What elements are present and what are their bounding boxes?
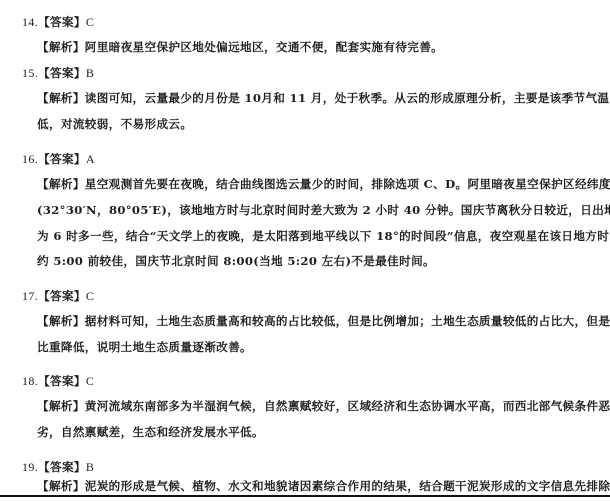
question-18-analysis: 【解析】黄河流域东南部多为半湿润气候，自然禀赋较好，区域经济和生态协调水平高，而… <box>37 399 610 413</box>
analysis-text: 劣，自然禀赋差，生态和经济发展水平低。 <box>37 425 264 439</box>
answer-value: C <box>86 15 94 29</box>
question-number: 19. <box>22 460 38 474</box>
analysis-tag: 【解析】 <box>37 177 85 191</box>
question-17-analysis: 【解析】据材料可知，土地生态质量高和较高的占比较低，但是比例增加；土地生态质量较… <box>37 314 610 328</box>
answer-tag: 【答案】 <box>38 374 86 388</box>
analysis-text: 黄河流域东南部多为半湿润气候，自然禀赋较好，区域经济和生态协调水平高，而西北部气… <box>85 399 610 413</box>
answer-value: A <box>86 152 95 166</box>
answer-tag: 【答案】 <box>38 66 86 80</box>
analysis-text: 约 5:00 前较佳，国庆节北京时间 8:00(当地 5:20 左右)不是最佳时… <box>37 254 435 268</box>
question-15-answer: 15.【答案】B <box>22 66 94 80</box>
answer-tag: 【答案】 <box>38 15 86 29</box>
question-19-answer: 19.【答案】B <box>22 460 94 474</box>
analysis-text: 阿里暗夜星空保护区地处偏远地区，交通不便，配套实施有待完善。 <box>85 40 443 54</box>
analysis-text: 比重降低，说明土地生态质量逐渐改善。 <box>37 340 252 354</box>
question-16-answer: 16.【答案】A <box>22 152 95 166</box>
question-16-analysis-cont-2: 为 6 时多一些，结合“天文学上的夜晚，是太阳落到地平线以下 18°的时间段”信… <box>37 229 609 243</box>
analysis-tag: 【解析】 <box>37 314 85 328</box>
question-number: 15. <box>22 66 38 80</box>
question-16-analysis-cont-1: (32°30′N，80°05′E)，该地地方时与北京时间时差大致为 2 小时 4… <box>37 203 610 217</box>
question-17-analysis-cont: 比重降低，说明土地生态质量逐渐改善。 <box>37 340 252 354</box>
answer-value: C <box>86 374 94 388</box>
bottom-rule-divider <box>0 495 610 497</box>
question-15-analysis-cont: 低，对流较弱，不易形成云。 <box>37 117 192 131</box>
analysis-tag: 【解析】 <box>37 91 85 105</box>
question-number: 18. <box>22 374 38 388</box>
question-16-analysis: 【解析】星空观测首先要在夜晚，结合曲线图选云量少的时间，排除选项 C、D。阿里暗… <box>37 177 610 191</box>
analysis-text: 为 6 时多一些，结合“天文学上的夜晚，是太阳落到地平线以下 18°的时间段”信… <box>37 229 609 243</box>
question-14-answer: 14.【答案】C <box>22 15 94 29</box>
analysis-tag: 【解析】 <box>37 40 85 54</box>
answer-key-page: 14.【答案】C 【解析】阿里暗夜星空保护区地处偏远地区，交通不便，配套实施有待… <box>0 0 610 501</box>
question-number: 17. <box>22 289 38 303</box>
analysis-text: 据材料可知，土地生态质量高和较高的占比较低，但是比例增加；土地生态质量较低的占比… <box>85 314 610 328</box>
analysis-text: 读图可知，云量最少的月份是 10月和 11 月，处于秋季。从云的形成原理分析，主… <box>85 91 610 105</box>
analysis-tag: 【解析】 <box>37 399 85 413</box>
question-number: 14. <box>22 15 38 29</box>
analysis-text: (32°30′N，80°05′E)，该地地方时与北京时间时差大致为 2 小时 4… <box>37 203 610 217</box>
analysis-text: 星空观测首先要在夜晚，结合曲线图选云量少的时间，排除选项 C、D。阿里暗夜星空保… <box>85 177 610 191</box>
question-18-answer: 18.【答案】C <box>22 374 94 388</box>
answer-value: B <box>86 66 94 80</box>
answer-value: B <box>86 460 94 474</box>
question-number: 16. <box>22 152 38 166</box>
answer-tag: 【答案】 <box>38 152 86 166</box>
answer-value: C <box>86 289 94 303</box>
analysis-text: 泥炭的形成是气候、植物、水文和地貌诸因素综合作用的结果，结合题干泥炭形成的文字信… <box>85 479 610 493</box>
question-15-analysis: 【解析】读图可知，云量最少的月份是 10月和 11 月，处于秋季。从云的形成原理… <box>37 91 609 105</box>
answer-tag: 【答案】 <box>38 460 86 474</box>
question-17-answer: 17.【答案】C <box>22 289 94 303</box>
answer-tag: 【答案】 <box>38 289 86 303</box>
question-19-analysis: 【解析】泥炭的形成是气候、植物、水文和地貌诸因素综合作用的结果，结合题干泥炭形成… <box>37 479 610 493</box>
analysis-text: 低，对流较弱，不易形成云。 <box>37 117 192 131</box>
question-18-analysis-cont: 劣，自然禀赋差，生态和经济发展水平低。 <box>37 425 264 439</box>
analysis-tag: 【解析】 <box>37 479 85 493</box>
question-14-analysis: 【解析】阿里暗夜星空保护区地处偏远地区，交通不便，配套实施有待完善。 <box>37 40 443 54</box>
question-16-analysis-cont-3: 约 5:00 前较佳，国庆节北京时间 8:00(当地 5:20 左右)不是最佳时… <box>37 254 435 268</box>
